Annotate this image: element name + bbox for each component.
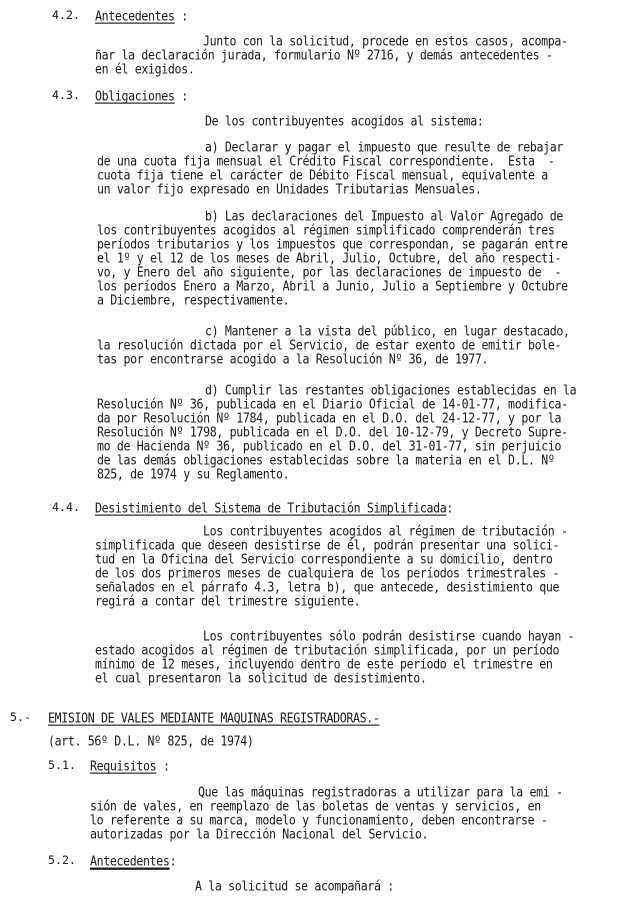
item-c-line: tas por encontrarse acogido a la Resoluc…	[97, 351, 488, 367]
section-heading: Antecedentes :	[95, 8, 188, 24]
section-heading: Antecedentes:	[90, 853, 176, 869]
section-heading: Obligaciones :	[95, 88, 188, 104]
paragraph-line: el cual presentaron la solicitud de desi…	[95, 670, 427, 686]
section-number: 4.3.	[52, 88, 80, 102]
paragraph-line: autorizadas por la Dirección Nacional de…	[90, 826, 428, 842]
item-d-line: 825, de 1974 y su Reglamento.	[97, 466, 289, 482]
section-heading: EMISION DE VALES MEDIANTE MAQUINAS REGIS…	[48, 710, 380, 726]
item-a-line: un valor fijo expresado en Unidades Trib…	[97, 181, 482, 197]
paragraph-line: A la solicitud se acompañará :	[195, 878, 394, 894]
section-heading: Requisitos :	[90, 758, 170, 774]
section-heading: Desistimiento del Sistema de Tributación…	[95, 500, 453, 516]
item-b-line: a Diciembre, respectivamente.	[97, 292, 289, 308]
paragraph-line: regirá a contar del trimestre siguiente.	[95, 593, 360, 609]
section-number: 4.2.	[52, 8, 80, 22]
section-number: 5.-	[10, 710, 31, 724]
section-number: 4.4.	[52, 500, 80, 514]
section-subtitle: (art. 56º D.L. Nº 825, de 1974)	[48, 733, 254, 749]
section-number: 5.1.	[48, 758, 76, 772]
paragraph-line: De los contribuyentes acogidos al sistem…	[205, 113, 483, 129]
paragraph-line: en él exigidos.	[95, 61, 194, 77]
section-number: 5.2.	[48, 853, 76, 867]
